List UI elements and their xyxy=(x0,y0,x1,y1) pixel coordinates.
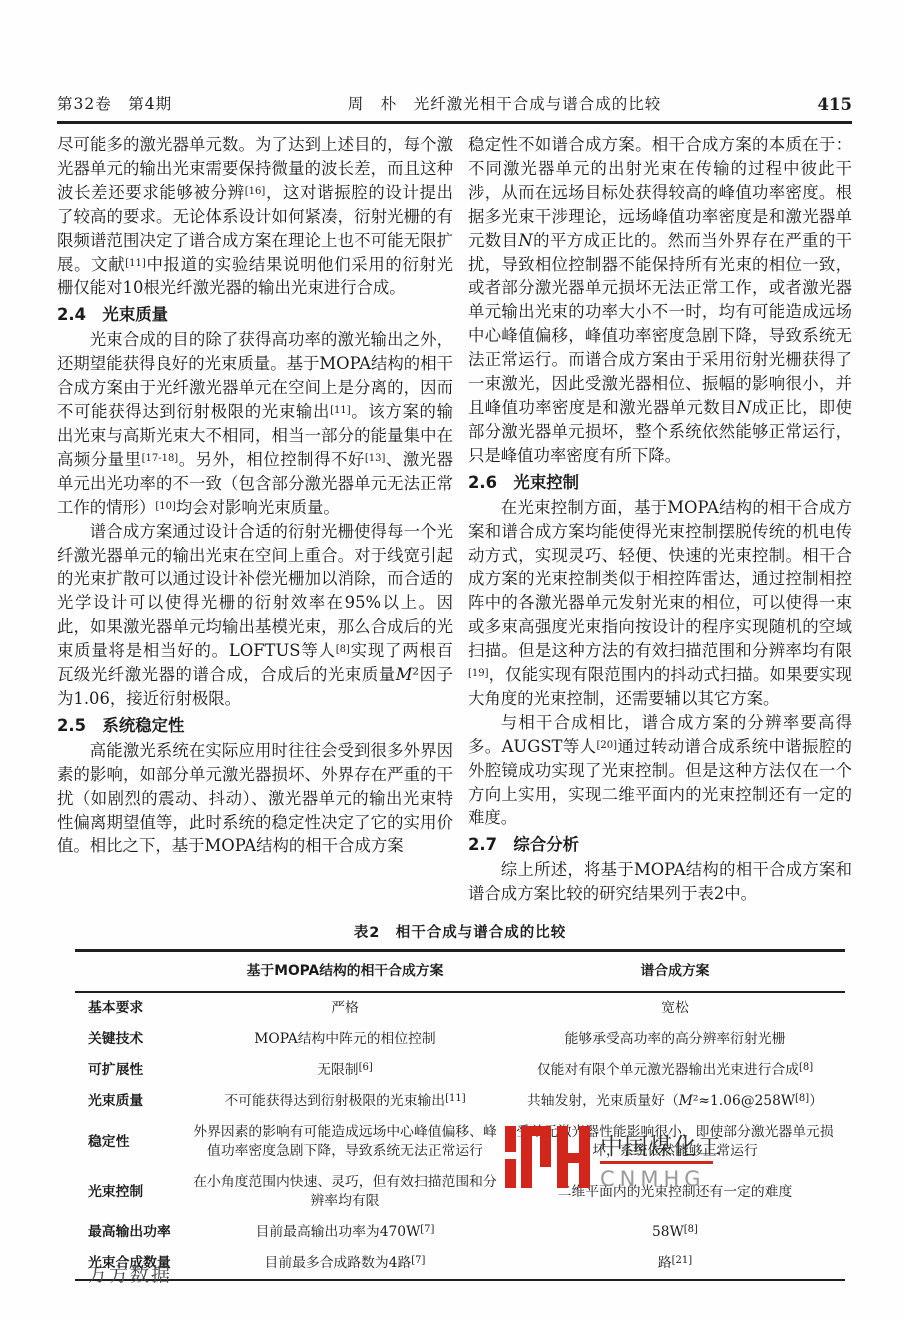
row-label: 可扩展性 xyxy=(75,1055,185,1086)
volume-issue: 第32卷 第4期 xyxy=(57,92,247,114)
section-heading-2-6: 2.6 光束控制 xyxy=(468,470,852,495)
table-row: 光束合成数量 目前最多合成路数为4路[7] 路[21] xyxy=(75,1248,845,1280)
row-label: 最高输出功率 xyxy=(75,1217,185,1248)
table-row: 可扩展性 无限制[6] 仅能对有限个单元激光器输出光束进行合成[8] xyxy=(75,1055,845,1086)
running-title: 周 朴 光纤激光相干合成与谱合成的比较 xyxy=(247,92,762,114)
spectral-cell: 共轴发射，光束质量好（M²≈1.06@258W[8]） xyxy=(505,1086,845,1117)
watermark-text-block: 中国煤化工 CNMHG xyxy=(600,1126,723,1191)
right-column: 稳定性不如谱合成方案。相干合成方案的本质在于：不同激光器单元的出射光束在传输的过… xyxy=(468,133,852,923)
section-heading-2-4: 2.4 光束质量 xyxy=(57,302,453,327)
table-row: 基本要求 严格 宽松 xyxy=(75,992,845,1024)
body-columns: 尽可能多的激光器单元数。为了达到上述目的，每个激光器单元的输出光束需要保持微量的… xyxy=(57,133,852,923)
comparison-table-section: 表2 相干合成与谱合成的比较 基于MOPA结构的相干合成方案 谱合成方案 基本要… xyxy=(75,921,845,1281)
mopa-cell: 不可能获得达到衍射极限的光束输出[11] xyxy=(185,1086,505,1117)
mopa-cell: 严格 xyxy=(185,992,505,1024)
paragraph-stability-continuation: 稳定性不如谱合成方案。相干合成方案的本质在于：不同激光器单元的出射光束在传输的过… xyxy=(468,133,852,468)
table-row: 光束质量 不可能获得达到衍射极限的光束输出[11] 共轴发射，光束质量好（M²≈… xyxy=(75,1086,845,1117)
paragraph-beam-quality-1: 光束合成的目的除了获得高功率的激光输出之外，还期望能获得良好的光束质量。基于MO… xyxy=(57,328,453,519)
watermark-chinese-text: 中国煤化工 xyxy=(600,1135,723,1159)
row-label: 光束控制 xyxy=(75,1167,185,1217)
cnmhg-watermark: 中国煤化工 CNMHG xyxy=(505,1126,805,1191)
section-heading-2-5: 2.5 系统稳定性 xyxy=(57,713,453,738)
paragraph-summary: 综上所述，将基于MOPA结构的相干合成方案和谱合成方案比较的研究结果列于表2中。 xyxy=(468,858,852,906)
watermark-latin-text: CNMHG xyxy=(600,1167,723,1191)
row-label: 关键技术 xyxy=(75,1024,185,1055)
mopa-cell: 在小角度范围内快速、灵巧，但有效扫描范围和分辨率均有限 xyxy=(185,1167,505,1217)
comparison-table: 基于MOPA结构的相干合成方案 谱合成方案 基本要求 严格 宽松 关键技术 MO… xyxy=(75,949,845,1281)
paragraph-beam-quality-2: 谱合成方案通过设计合适的衍射光栅使得每一个光纤激光器单元的输出光束在空间上重合。… xyxy=(57,520,453,711)
left-column: 尽可能多的激光器单元数。为了达到上述目的，每个激光器单元的输出光束需要保持微量的… xyxy=(57,133,453,923)
row-label: 光束质量 xyxy=(75,1086,185,1117)
spectral-cell-fragment: 路[21] xyxy=(505,1248,845,1280)
table-header-row: 基于MOPA结构的相干合成方案 谱合成方案 xyxy=(75,951,845,993)
table-row: 关键技术 MOPA结构中阵元的相位控制 能够承受高功率的高分辨率衍射光栅 xyxy=(75,1024,845,1055)
spectral-cell: 仅能对有限个单元激光器输出光束进行合成[8] xyxy=(505,1055,845,1086)
paragraph-continuation: 尽可能多的激光器单元数。为了达到上述目的，每个激光器单元的输出光束需要保持微量的… xyxy=(57,133,453,300)
spectral-cell: 能够承受高功率的高分辨率衍射光栅 xyxy=(505,1024,845,1055)
header-spectral-scheme: 谱合成方案 xyxy=(505,951,845,993)
cnmhg-logo-icon xyxy=(505,1126,593,1188)
section-heading-2-7: 2.7 综合分析 xyxy=(468,832,852,857)
header-stub xyxy=(75,951,185,993)
spectral-cell: 宽松 xyxy=(505,992,845,1024)
wanfang-footer: 万方数据 xyxy=(88,1260,172,1287)
mopa-cell: 外界因素的影响有可能造成远场中心峰值偏移、峰值功率密度急剧下降，导致系统无法正常… xyxy=(185,1117,505,1167)
paper-page: 第32卷 第4期 周 朴 光纤激光相干合成与谱合成的比较 415 尽可能多的激光… xyxy=(0,0,904,1320)
watermark-underline xyxy=(600,1161,713,1164)
row-label: 基本要求 xyxy=(75,992,185,1024)
mopa-cell: 目前最多合成路数为4路[7] xyxy=(185,1248,505,1280)
paragraph-stability: 高能激光系统在实际应用时往往会受到很多外界因素的影响，如部分单元激光器损坏、外界… xyxy=(57,739,453,859)
spectral-cell-fragment: 58W[8] xyxy=(505,1217,845,1248)
mopa-cell: 目前最高输出功率为470W[7] xyxy=(185,1217,505,1248)
paragraph-beam-control-2: 与相干合成相比，谱合成方案的分辨率要高得多。AUGST等人[20]通过转动谱合成… xyxy=(468,711,852,831)
mopa-cell: MOPA结构中阵元的相位控制 xyxy=(185,1024,505,1055)
table-caption: 表2 相干合成与谱合成的比较 xyxy=(75,921,845,942)
mopa-cell: 无限制[6] xyxy=(185,1055,505,1086)
table-row: 最高输出功率 目前最高输出功率为470W[7] 58W[8] xyxy=(75,1217,845,1248)
header-mopa-scheme: 基于MOPA结构的相干合成方案 xyxy=(185,951,505,993)
running-head: 第32卷 第4期 周 朴 光纤激光相干合成与谱合成的比较 415 xyxy=(57,92,852,124)
page-number: 415 xyxy=(762,95,852,114)
row-label: 稳定性 xyxy=(75,1117,185,1167)
paragraph-beam-control-1: 在光束控制方面，基于MOPA结构的相干合成方案和谱合成方案均能使得光束控制摆脱传… xyxy=(468,496,852,711)
